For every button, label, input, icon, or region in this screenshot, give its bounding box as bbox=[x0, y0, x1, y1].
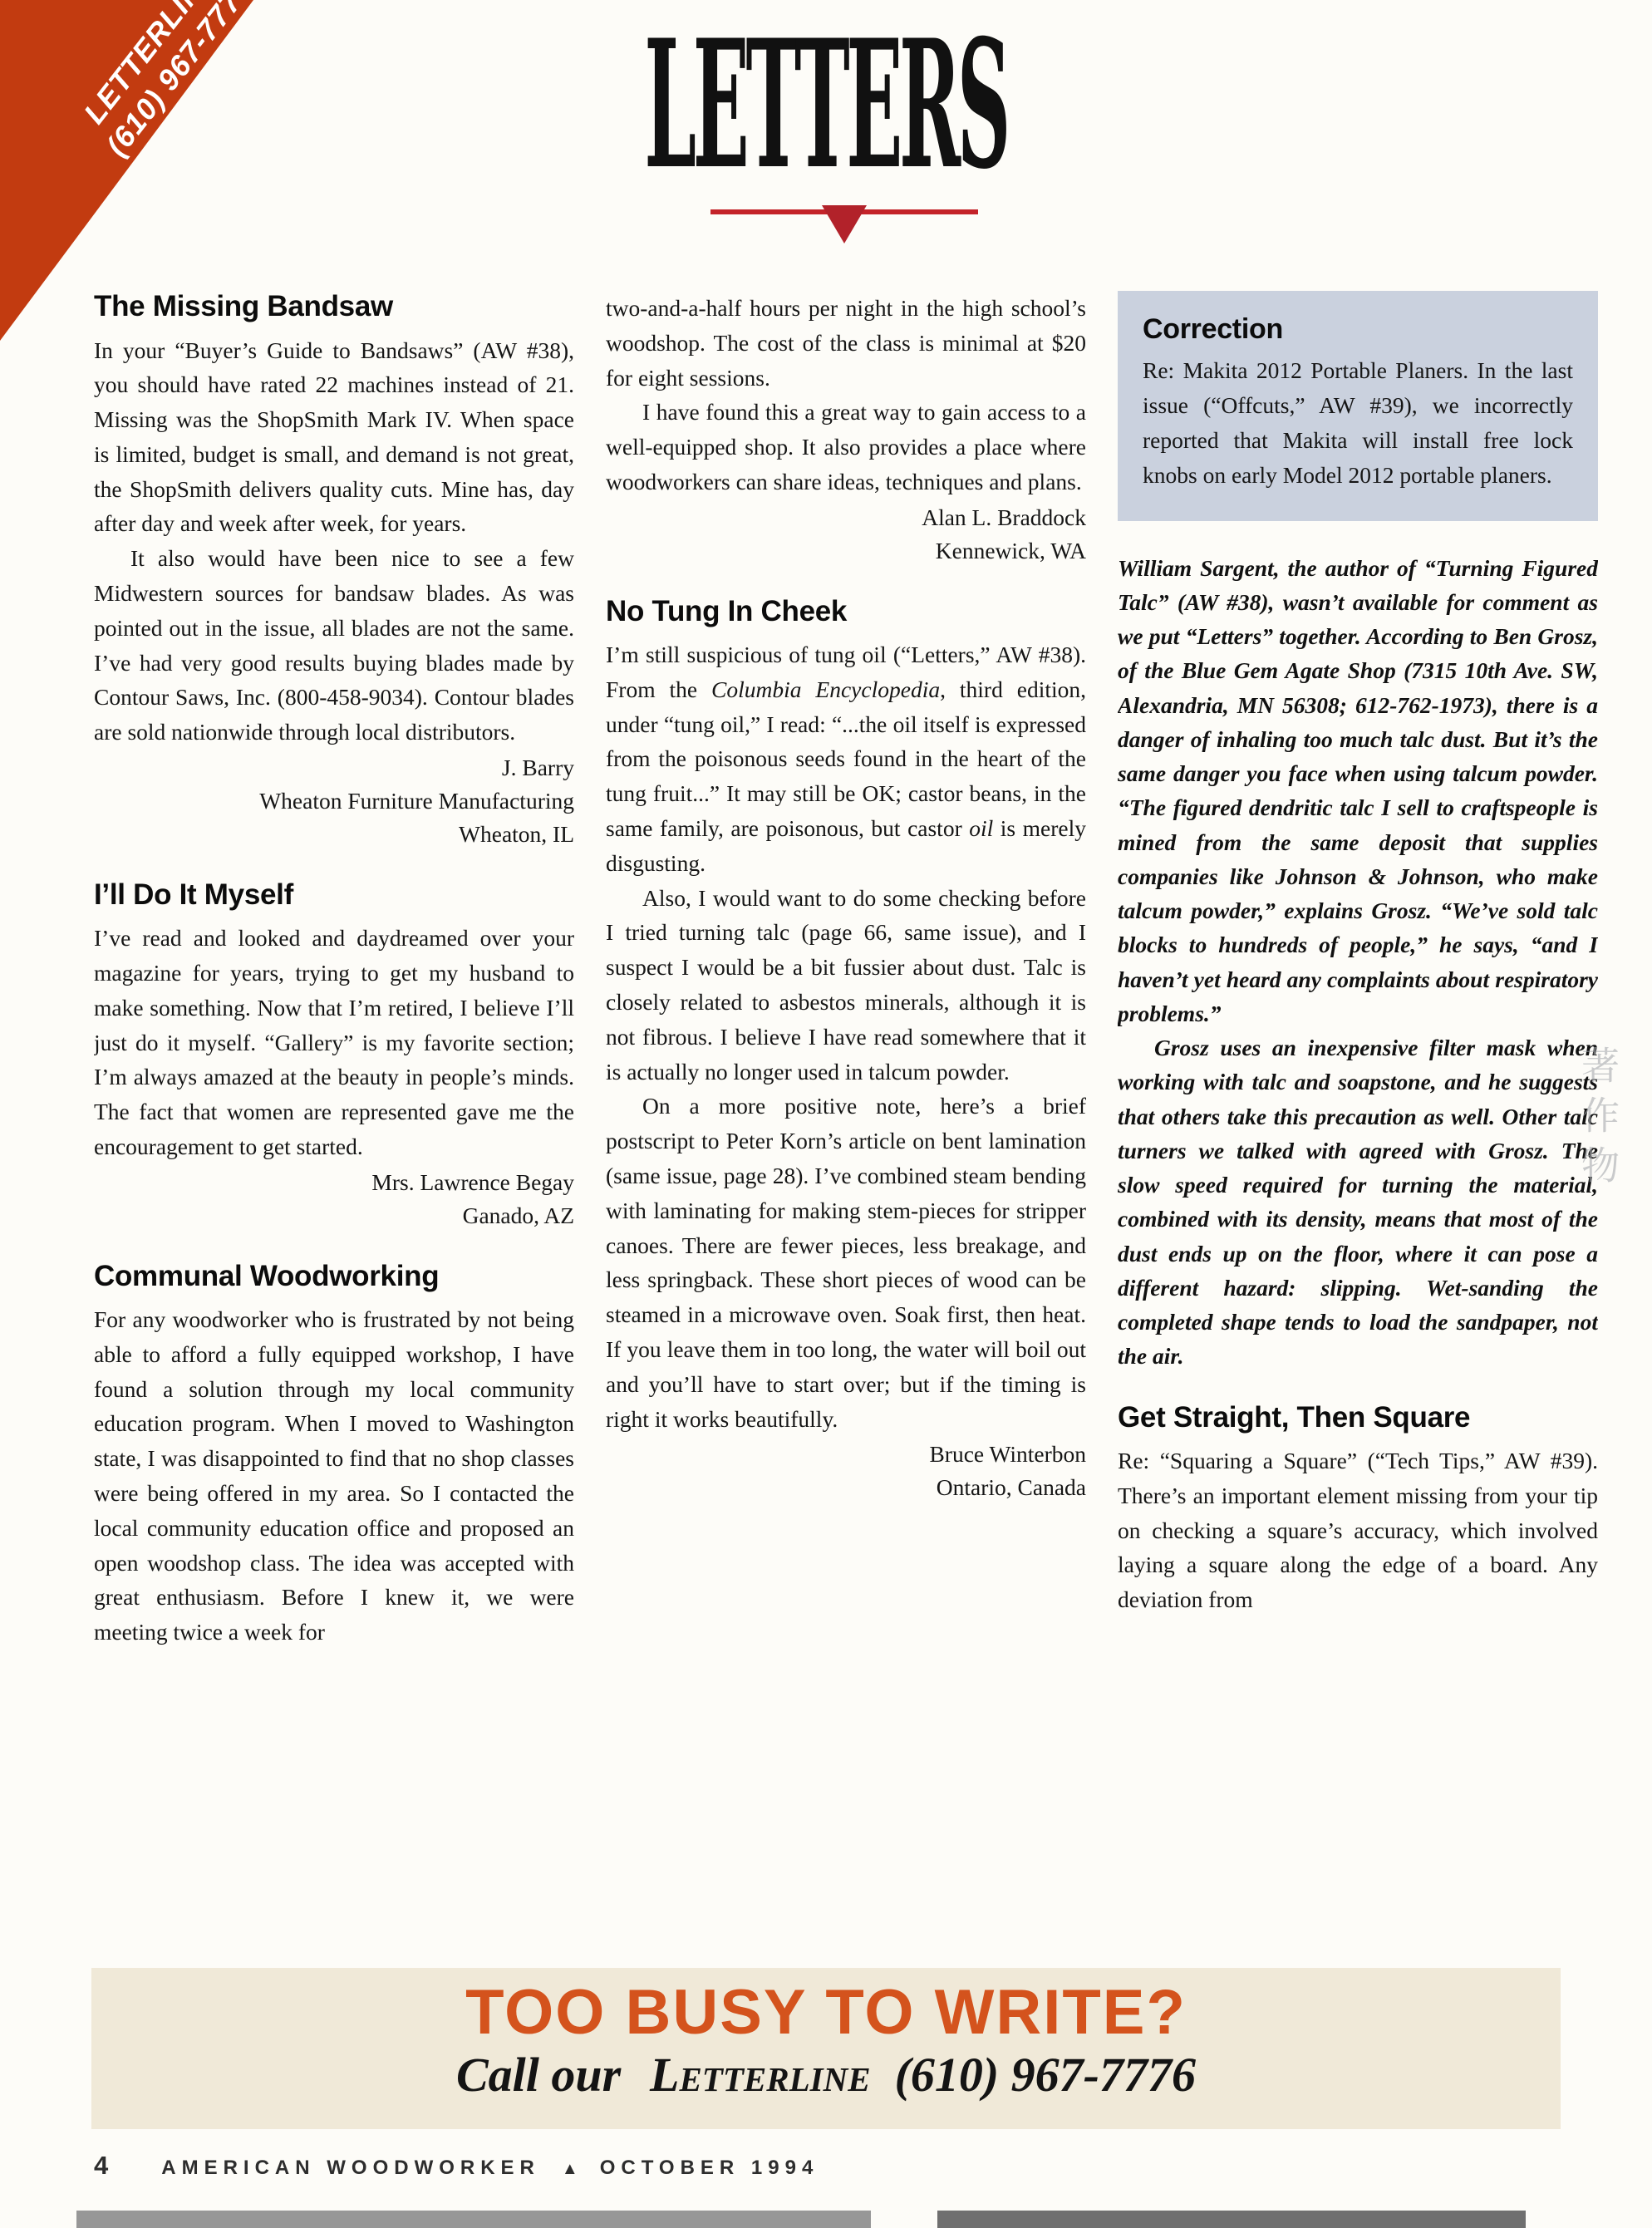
banner-brand: Letterline bbox=[650, 2048, 871, 2102]
italic-text: Columbia Encyclopedia bbox=[711, 676, 940, 702]
text-run: I’ve read and looked and daydreamed over… bbox=[94, 925, 574, 1159]
letter-heading: Get Straight, Then Square bbox=[1118, 1402, 1598, 1434]
banner-call-prefix: Call our bbox=[456, 2048, 621, 2102]
text-run: I have found this a great way to gain ac… bbox=[606, 399, 1086, 494]
page-title: LETTERS bbox=[645, 22, 1008, 188]
letter-paragraph: I have found this a great way to gain ac… bbox=[606, 395, 1086, 499]
text-run: It also would have been nice to see a fe… bbox=[94, 545, 574, 745]
signature: Bruce WinterbonOntario, Canada bbox=[606, 1438, 1086, 1504]
letter-heading: The Missing Bandsaw bbox=[94, 291, 574, 323]
text-run: Grosz uses an inexpensive filter mask wh… bbox=[1118, 1035, 1598, 1369]
letter-paragraph: It also would have been nice to see a fe… bbox=[94, 541, 574, 750]
signature-line: Wheaton, IL bbox=[94, 818, 574, 851]
text-run: For any woodworker who is frustrated by … bbox=[94, 1306, 574, 1645]
letter-paragraph: In your “Buyer’s Guide to Bandsaws” (AW … bbox=[94, 333, 574, 542]
signature-line: Alan L. Braddock bbox=[606, 501, 1086, 534]
signature-line: Wheaton Furniture Manufacturing bbox=[94, 784, 574, 818]
letter-paragraph: Grosz uses an inexpensive filter mask wh… bbox=[1118, 1030, 1598, 1374]
text-run: William Sargent, the author of “Turning … bbox=[1118, 555, 1598, 1026]
letter-paragraph: Re: “Squaring a Square” (“Tech Tips,” AW… bbox=[1118, 1444, 1598, 1617]
letter-paragraph: I’m still suspicious of tung oil (“Lette… bbox=[606, 637, 1086, 881]
signature-line: Ontario, Canada bbox=[606, 1471, 1086, 1504]
signature: J. BarryWheaton Furniture ManufacturingW… bbox=[94, 751, 574, 851]
signature-line: Bruce Winterbon bbox=[606, 1438, 1086, 1471]
text-run: In your “Buyer’s Guide to Bandsaws” (AW … bbox=[94, 337, 574, 537]
banner-headline: TOO BUSY TO WRITE? bbox=[91, 1981, 1561, 2044]
letter-paragraph: I’ve read and looked and daydreamed over… bbox=[94, 921, 574, 1164]
letter-heading: No Tung In Cheek bbox=[606, 596, 1086, 628]
signature-line: J. Barry bbox=[94, 751, 574, 784]
signature-line: Mrs. Lawrence Begay bbox=[94, 1166, 574, 1199]
signature: Alan L. BraddockKennewick, WA bbox=[606, 501, 1086, 568]
page-footer: 4 AMERICAN WOODWORKER ▲ OCTOBER 1994 bbox=[94, 2151, 819, 2181]
letter-paragraph: On a more positive note, here’s a brief … bbox=[606, 1089, 1086, 1436]
letter-heading: I’ll Do It Myself bbox=[94, 879, 574, 912]
correction-heading: Correction bbox=[1143, 314, 1573, 345]
banner-call-line: Call our Letterline (610) 967-7776 bbox=[91, 2051, 1561, 2099]
magazine-name: AMERICAN WOODWORKER bbox=[161, 2157, 540, 2180]
text-run: Also, I would want to do some checking b… bbox=[606, 885, 1086, 1084]
italic-text: oil bbox=[969, 815, 993, 841]
signature-line: Kennewick, WA bbox=[606, 534, 1086, 568]
scan-edge-strip-right bbox=[937, 2211, 1526, 2228]
magazine-letters-page: { "colors":{ "corner-red":"#c23b10", "ru… bbox=[0, 0, 1652, 2228]
letters-column-1: The Missing BandsawIn your “Buyer’s Guid… bbox=[94, 291, 574, 1960]
text-run: Re: “Squaring a Square” (“Tech Tips,” AW… bbox=[1118, 1448, 1598, 1612]
correction-text: Re: Makita 2012 Portable Planers. In the… bbox=[1143, 353, 1573, 492]
issue-date: OCTOBER 1994 bbox=[600, 2157, 819, 2180]
down-arrow-icon bbox=[822, 205, 867, 243]
signature: Mrs. Lawrence BegayGanado, AZ bbox=[94, 1166, 574, 1232]
text-run: On a more positive note, here’s a brief … bbox=[606, 1093, 1086, 1431]
signature-line: Ganado, AZ bbox=[94, 1199, 574, 1232]
letter-paragraph: two-and-a-half hours per night in the hi… bbox=[606, 291, 1086, 395]
masthead: LETTERS bbox=[0, 22, 1652, 188]
banner-phone: (610) 967-7776 bbox=[895, 2048, 1196, 2102]
letter-heading: Communal Woodworking bbox=[94, 1261, 574, 1293]
watermark-text: 著作物 bbox=[1571, 1045, 1625, 1195]
page-number: 4 bbox=[94, 2151, 108, 2181]
letter-paragraph: William Sargent, the author of “Turning … bbox=[1118, 551, 1598, 1031]
text-run: two-and-a-half hours per night in the hi… bbox=[606, 295, 1086, 391]
letter-paragraph: Also, I would want to do some checking b… bbox=[606, 881, 1086, 1089]
triangle-separator-icon: ▲ bbox=[562, 2160, 578, 2179]
letters-column-2: two-and-a-half hours per night in the hi… bbox=[606, 291, 1086, 1960]
letter-paragraph: For any woodworker who is frustrated by … bbox=[94, 1302, 574, 1650]
letterline-banner: TOO BUSY TO WRITE? Call our Letterline (… bbox=[91, 1968, 1561, 2129]
correction-box: CorrectionRe: Makita 2012 Portable Plane… bbox=[1118, 291, 1598, 521]
scan-edge-strip-left bbox=[76, 2211, 871, 2228]
letters-column-3: CorrectionRe: Makita 2012 Portable Plane… bbox=[1118, 291, 1598, 1960]
